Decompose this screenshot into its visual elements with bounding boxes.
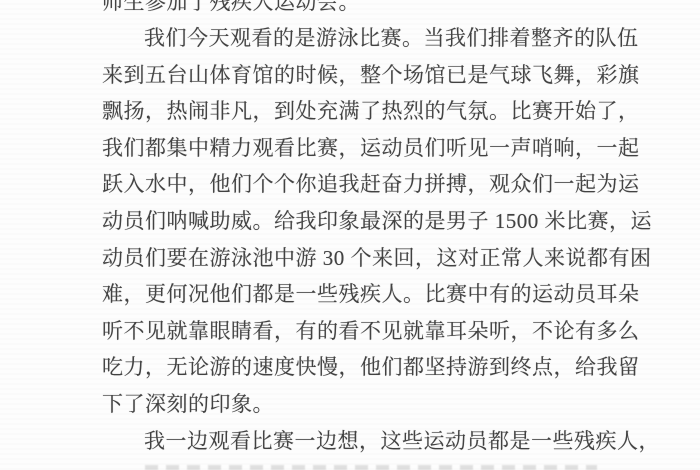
text-line: 我一边观看比赛一边想，这些运动员都是一些残疾人， [102, 423, 642, 460]
text-line: 难，更何况他们都是一些残疾人。比赛中有的运动员耳朵 [102, 276, 642, 313]
text-line-clipped-top: 师生参加了残疾人运动会。 [102, 0, 642, 20]
clipped-bottom-line [145, 465, 597, 470]
text-line: 吃力，无论游的速度快慢，他们都坚持游到终点，给我留 [102, 349, 642, 386]
text-line: 跃入水中，他们个个你追我赶奋力拼搏，观众们一起为运 [102, 166, 642, 203]
essay-text-block: 师生参加了残疾人运动会。 我们今天观看的是游泳比赛。当我们排着整齐的队伍 来到五… [102, 0, 642, 459]
text-line: 下了深刻的印象。 [102, 386, 642, 423]
text-line: 来到五台山体育馆的时候，整个场馆已是气球飞舞，彩旗 [102, 57, 642, 94]
text-line: 我们都集中精力观看比赛，运动员们听见一声哨响，一起 [102, 130, 642, 167]
text-line: 动员们呐喊助威。给我印象最深的是男子 1500 米比赛，运 [102, 203, 642, 240]
text-line: 动员们要在游泳池中游 30 个来回，这对正常人来说都有困 [102, 240, 642, 277]
document-page: 师生参加了残疾人运动会。 我们今天观看的是游泳比赛。当我们排着整齐的队伍 来到五… [0, 0, 700, 470]
text-line: 听不见就靠眼睛看，有的看不见就靠耳朵听，不论有多么 [102, 313, 642, 350]
text-line: 我们今天观看的是游泳比赛。当我们排着整齐的队伍 [102, 20, 642, 57]
text-line: 飘扬，热闹非凡，到处充满了热烈的气氛。比赛开始了， [102, 93, 642, 130]
